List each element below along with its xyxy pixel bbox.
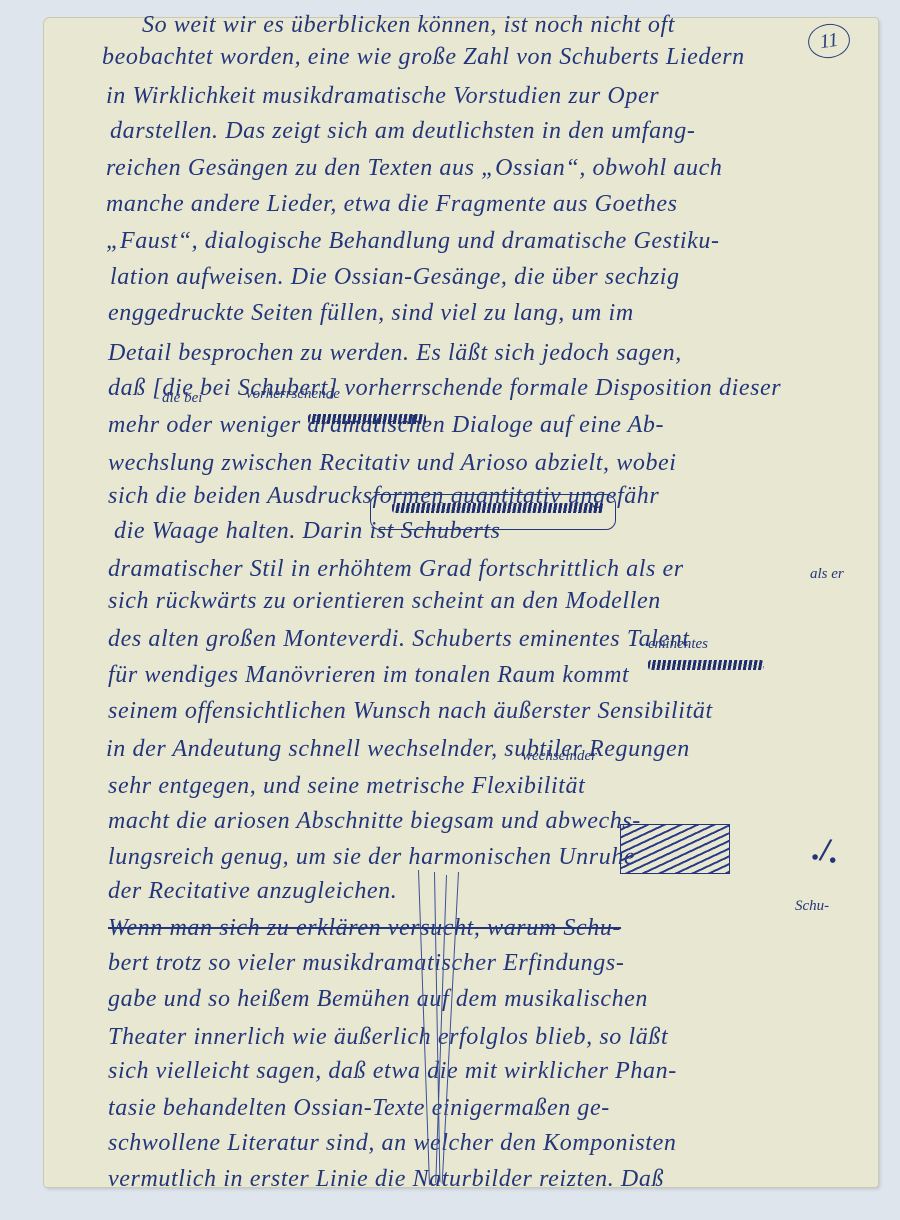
interlinear-insertion: vorherrschende	[246, 386, 340, 403]
manuscript-line: So weit wir es überblicken können, ist n…	[142, 12, 675, 39]
manuscript-line: „Faust“, dialogische Behandlung und dram…	[106, 228, 720, 255]
manuscript-line: seinem offensichtlichen Wunsch nach äuße…	[108, 698, 713, 725]
deletion-scribble	[308, 414, 426, 424]
manuscript-line: des alten großen Monteverdi. Schuberts e…	[108, 626, 690, 653]
manuscript-line: beobachtet worden, eine wie große Zahl v…	[102, 44, 745, 71]
manuscript-line: daß [die bei Schubert] vorherrschende fo…	[108, 375, 781, 402]
manuscript-line: bert trotz so vieler musikdramatischer E…	[108, 950, 624, 977]
interlinear-insertion: eminentes	[648, 636, 708, 653]
interlinear-insertion: wechselnder	[522, 748, 597, 765]
manuscript-line: lation aufweisen. Die Ossian-Gesänge, di…	[110, 264, 680, 291]
manuscript-line: tasie behandelten Ossian-Texte einigerma…	[108, 1095, 610, 1122]
manuscript-line: darstellen. Das zeigt sich am deutlichst…	[110, 118, 695, 145]
interlinear-insertion: die bei	[162, 390, 202, 407]
interlinear-insertion: Schu-	[795, 898, 829, 915]
correction-bracket	[370, 494, 616, 530]
manuscript-line: enggedruckte Seiten füllen, sind viel zu…	[108, 300, 634, 327]
manuscript-line: lungsreich genug, um sie der harmonische…	[108, 844, 635, 871]
manuscript-line: sehr entgegen, und seine metrische Flexi…	[108, 773, 585, 800]
manuscript-line: in der Andeutung schnell wechselnder, su…	[106, 736, 690, 763]
manuscript-line: Theater innerlich wie äußerlich erfolglo…	[108, 1024, 668, 1051]
manuscript-line: reichen Gesängen zu den Texten aus „Ossi…	[106, 155, 722, 182]
manuscript-line: schwollene Literatur sind, an welcher de…	[108, 1130, 676, 1157]
manuscript-line: vermutlich in erster Linie die Naturbild…	[108, 1166, 664, 1193]
manuscript-line: der Recitative anzugleichen.	[108, 878, 397, 905]
deletion-scribble	[648, 660, 764, 670]
manuscript-line: macht die ariosen Abschnitte biegsam und…	[108, 808, 641, 835]
manuscript-line: in Wirklichkeit musikdramatische Vorstud…	[106, 83, 659, 110]
interlinear-insertion: als er	[810, 566, 844, 583]
manuscript-line: sich rückwärts zu orientieren scheint an…	[108, 588, 661, 615]
manuscript-line: sich vielleicht sagen, daß etwa die mit …	[108, 1058, 677, 1085]
manuscript-line: manche andere Lieder, etwa die Fragmente…	[106, 191, 678, 218]
manuscript-line: Detail besprochen zu werden. Es läßt sic…	[108, 340, 682, 367]
manuscript-line: für wendiges Manövrieren im tonalen Raum…	[108, 662, 629, 689]
manuscript-line: gabe und so heißem Bemühen auf dem musik…	[108, 986, 648, 1013]
hatched-deletion-box	[620, 824, 730, 874]
manuscript-line: Wenn man sich zu erklären versucht, waru…	[108, 915, 621, 942]
manuscript-line: wechslung zwischen Recitativ und Arioso …	[108, 450, 677, 477]
manuscript-line: dramatischer Stil in erhöhtem Grad forts…	[108, 556, 684, 583]
